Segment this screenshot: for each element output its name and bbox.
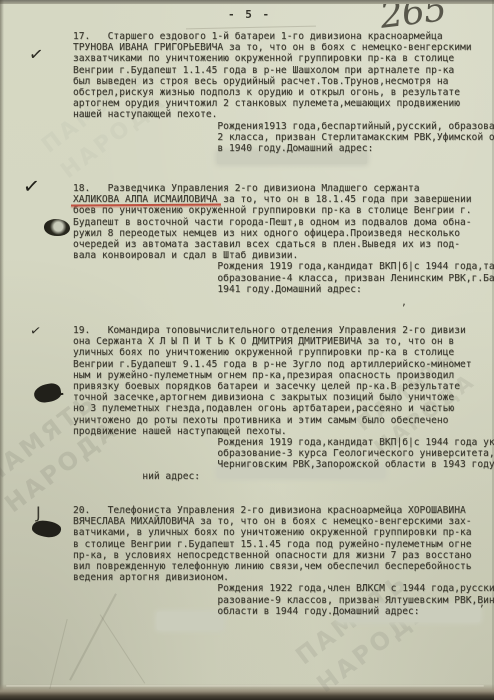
text-line: но 3 пулеметных гнезда,подавлен огонь ар… <box>73 403 494 414</box>
paper-crease <box>186 26 316 30</box>
entry-17: 17. Старшего ездового 1-й батареи 1-го д… <box>73 31 494 154</box>
text-line: Черниговским РВК,Запорожской области в 1… <box>73 459 494 470</box>
margin-checkmark: ✓ <box>22 173 41 199</box>
text-line: захватчиками по уничтожению окруженной г… <box>73 53 494 64</box>
text-line: 2 класса, призван Стерлитамакским РВК,Уф… <box>73 132 494 143</box>
text-line: 19. Командира топовычислительного отделе… <box>73 325 494 336</box>
scanned-document-page: ПАМЯТЬ НАРОДА ПАМЯТЬ НАРОДА ПАМЯТЬ НАРОД… <box>0 0 494 700</box>
text-line: образование-3 курса Геологического униве… <box>73 448 494 459</box>
entry-19: 19. Командира топовычислительного отделе… <box>73 325 494 482</box>
text-line: Рождения 1922 года,член ВЛКСМ с 1944 год… <box>73 583 494 594</box>
text-line: ний адрес: <box>73 471 494 482</box>
entry-18: 18. Разведчика Управления 2-го дивизиона… <box>73 183 494 295</box>
text-line: Венгрии г.Будапешт 1.1.45 года в р-не Ша… <box>73 65 494 76</box>
ink-blot <box>31 520 62 539</box>
text-line: 18. Разведчика Управления 2-го дивизиона… <box>73 183 494 194</box>
scan-edge-bottom <box>0 684 494 700</box>
margin-checkmark: J <box>36 503 41 522</box>
ink-blot <box>33 382 62 404</box>
text-line: Рождения1913 года,беспартийный,русский, … <box>73 121 494 132</box>
text-line: в столице Венгрии г.Будапешт 15.1.45 год… <box>73 539 494 550</box>
text-line: ВЯЧЕСЛАВА МИХАЙЛОВИЧА за то, что он в бо… <box>73 516 494 527</box>
text-line: ружил 8 переодетых немцев из них одного … <box>73 228 494 239</box>
text-line: нашей наступающей пехоте. <box>73 109 494 120</box>
scan-edge-top <box>0 0 494 4</box>
text-line: в 1940 году.Домашний адрес: <box>73 143 494 154</box>
text-line: точной засечке,артогнем дивизиона с закр… <box>73 392 494 403</box>
text-line: ведения артогня дивизионом. <box>73 572 494 583</box>
ink-blot <box>44 219 70 236</box>
text-line: разование-9 классов, призван Ялтушевским… <box>73 595 494 606</box>
text-line: продвижение нашей наступающей пехоты. <box>73 426 494 437</box>
text-line: области в 1944 году.Домашний адрес: <box>73 606 494 617</box>
text-line: она Сержанта Х Л Ы П И Т Ь К О ДМИТРИЯ Д… <box>73 336 494 347</box>
entry-20: 20. Телефониста Управления 2-го дивизион… <box>73 505 494 617</box>
text-line: очередей из автомата заставил всех сдать… <box>73 239 494 250</box>
text-line: артогнем орудия уничтожил 2 станковых пу… <box>73 98 494 109</box>
text-line: Будапешт в восточной части города-Пешт,в… <box>73 217 494 228</box>
text-line: 17. Старшего ездового 1-й батареи 1-го д… <box>73 31 494 42</box>
text-line: 1941 году.Домашний адрес: <box>73 284 494 295</box>
margin-checkmark: ✓ <box>29 323 42 340</box>
text-line: обстрел,рискуя жизнью подполз к орудию и… <box>73 87 494 98</box>
text-line: пр-ка, в условиях непосредственной опасн… <box>73 550 494 561</box>
text-line: боев по уничтожению окруженной группиров… <box>73 205 494 216</box>
text-line: вала конвоировал и сдал в Штаб дивизии. <box>73 250 494 261</box>
text-line: привязку боевых порядков батареи и засеч… <box>73 381 494 392</box>
text-line: Рождения 1919 года,кандидат ВКП|б|с 1944… <box>73 437 494 448</box>
text-line: уничтожено до роты пехоты противника и э… <box>73 415 494 426</box>
stray-typed-mark: , <box>401 297 407 308</box>
stray-typed-mark: , <box>479 598 485 609</box>
text-line: Венгрии г.Будапешт 9.1.45 года в р-не Зу… <box>73 359 494 370</box>
text-line: был выведен из строя весь орудийный расч… <box>73 76 494 87</box>
red-name-underline <box>71 203 221 206</box>
text-line: 20. Телефониста Управления 2-го дивизион… <box>73 505 494 516</box>
text-line: ным и ружейно-пулеметным огнем пр-ка,пре… <box>73 370 494 381</box>
text-line: ватчиками, в уличных боях по уничтожению… <box>73 527 494 538</box>
text-line: ТРУНОВА ИВАНА ГРИГОРЬЕВИЧА за то, что он… <box>73 42 494 53</box>
text-line: вил поврежденную телефонную линию связи,… <box>73 561 494 572</box>
text-line: уличных боях по уничтожению окруженной г… <box>73 347 494 358</box>
scan-edge-left <box>0 0 4 700</box>
text-line: образование-4 класса, призван Ленинским … <box>73 273 494 284</box>
page-number: - 5 - <box>228 8 271 21</box>
paper-crease <box>49 619 67 689</box>
margin-checkmark: ✓ <box>28 44 45 66</box>
text-line: Рождения 1919 года,кандидат ВКП|б|с 1944… <box>73 261 494 272</box>
paper-crease <box>100 614 145 683</box>
